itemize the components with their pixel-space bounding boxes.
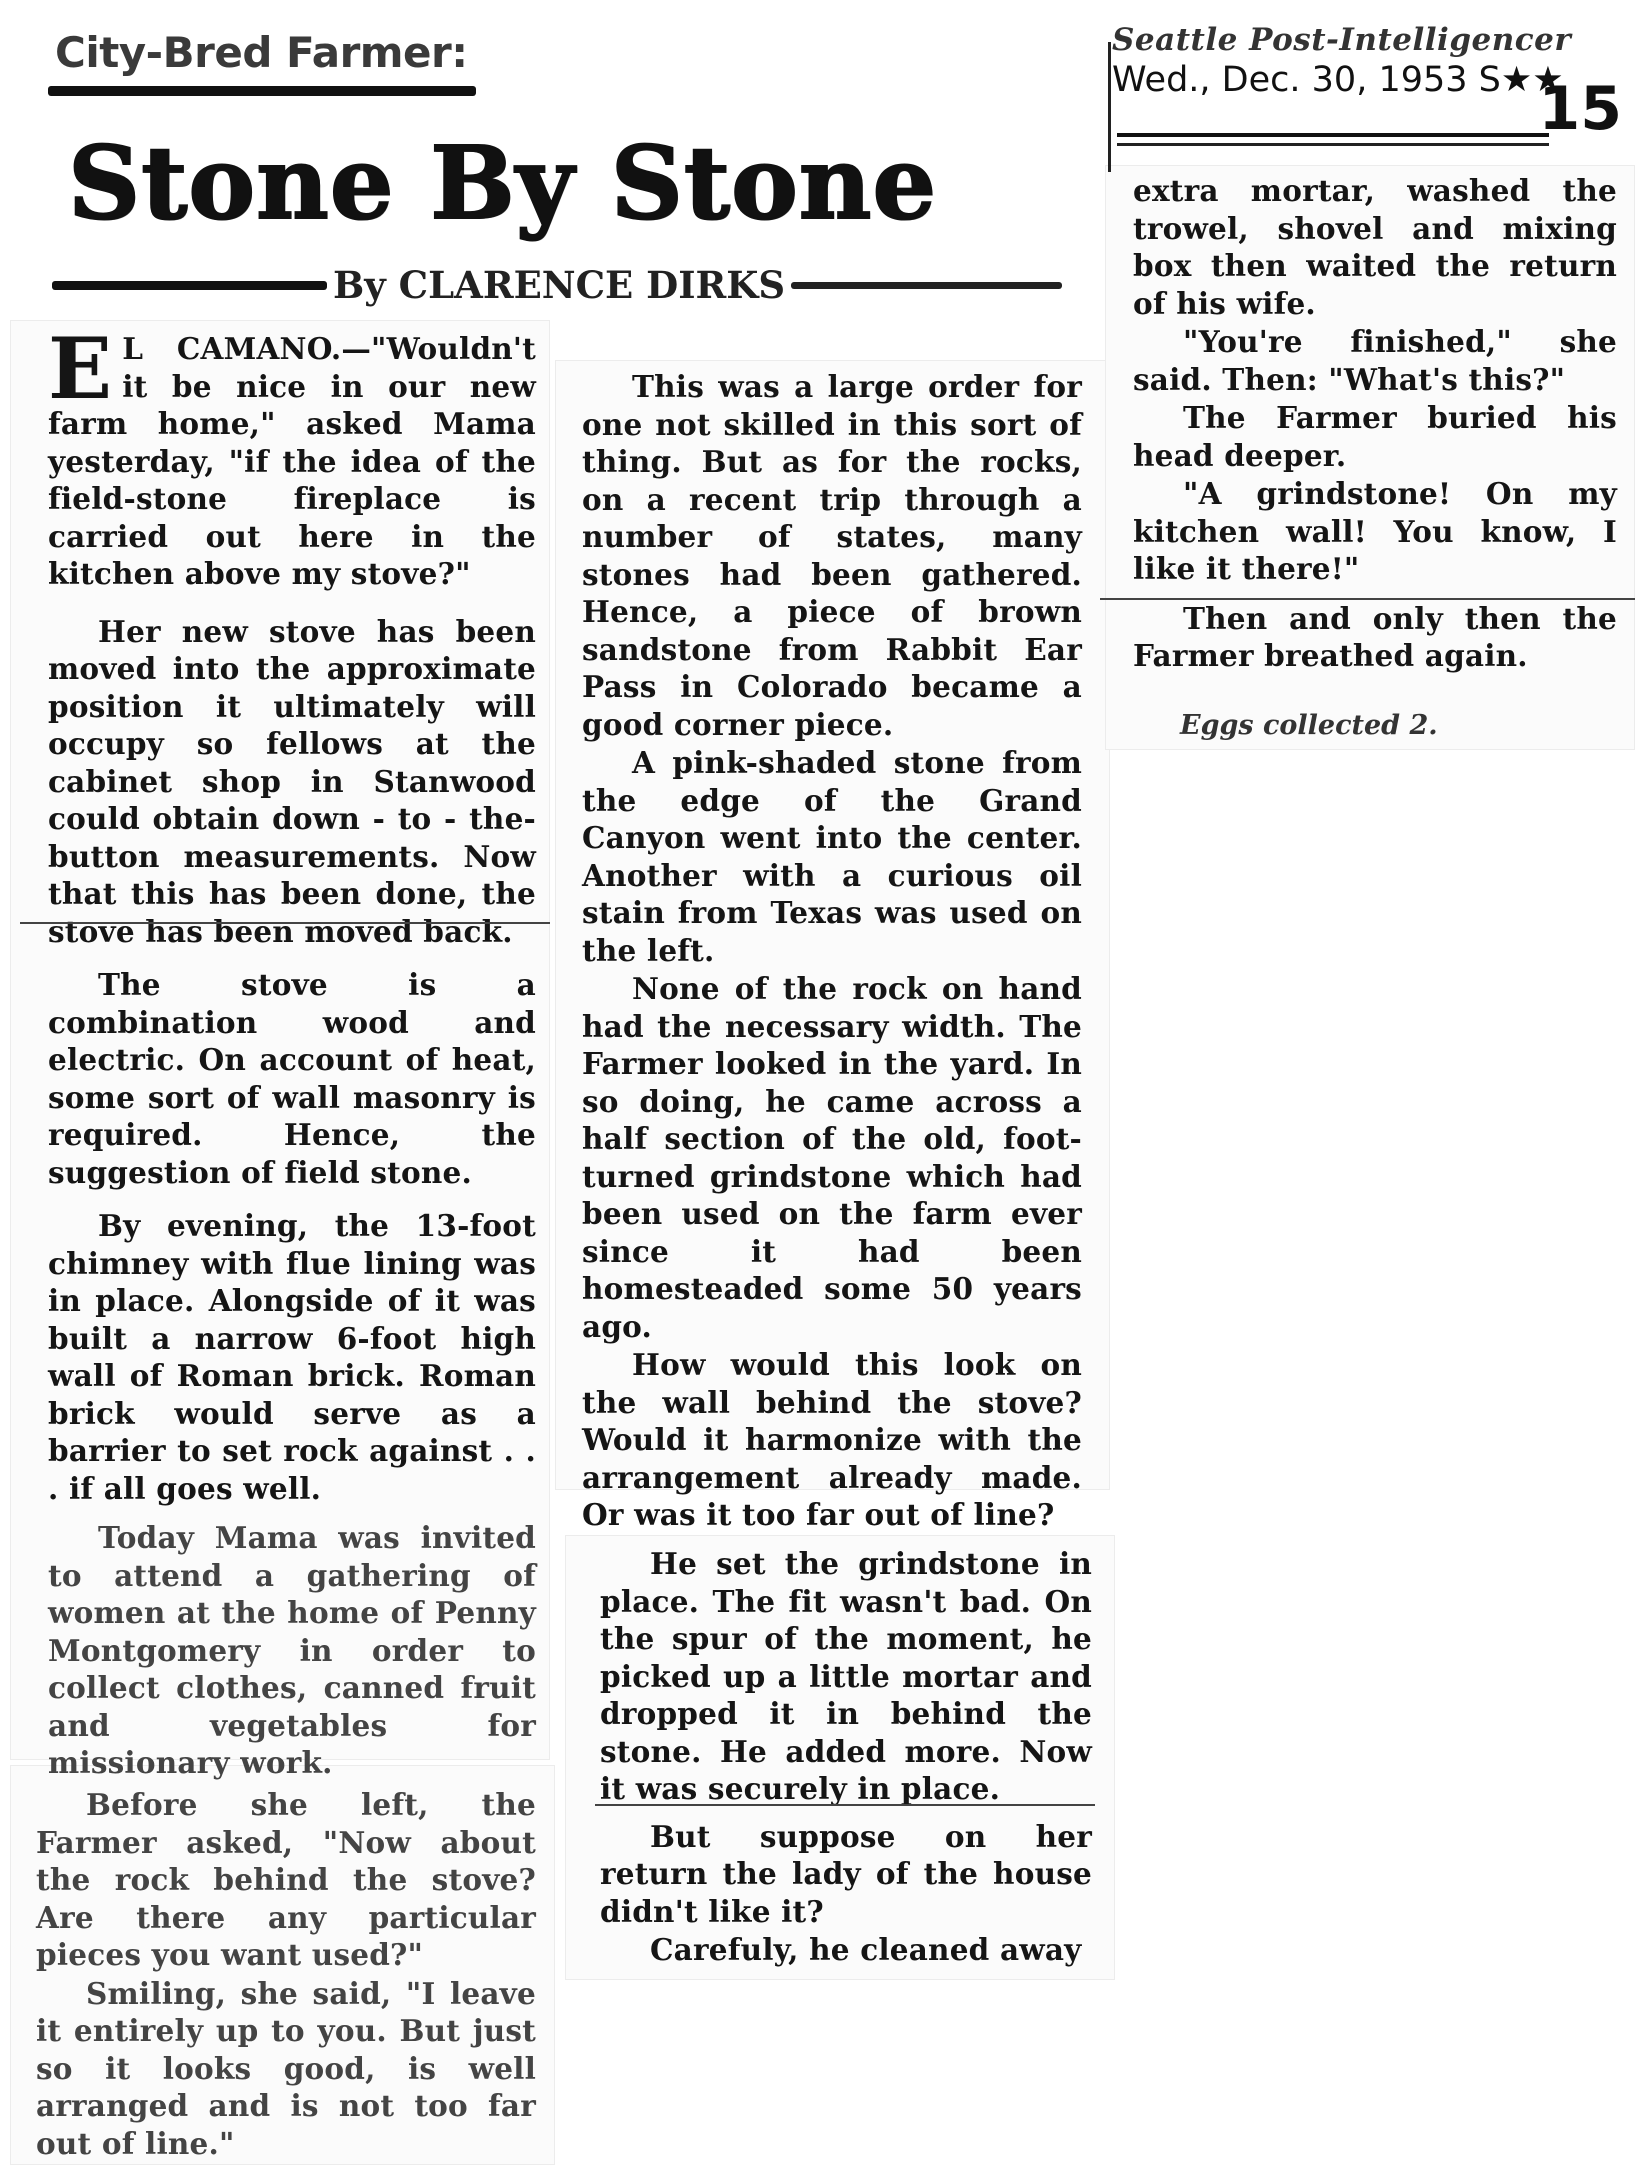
byline-row: By CLARENCE DIRKS — [52, 262, 1062, 308]
byline: By CLARENCE DIRKS — [327, 263, 791, 307]
paragraph: extra mortar, washed the trowel, shovel … — [1133, 172, 1617, 322]
page-number: 15 — [1539, 74, 1623, 144]
paragraph: How would this look on the wall behind t… — [582, 1346, 1082, 1534]
byline-rule-right — [791, 282, 1062, 289]
masthead-rule — [1117, 133, 1549, 137]
article-column-1-continued: Before she left, the Farmer asked, "Now … — [36, 1786, 536, 2163]
paragraph: Smiling, she said, "I leave it entirely … — [36, 1975, 536, 2163]
paragraph: By evening, the 13-foot chimney with flu… — [48, 1207, 536, 1507]
headline: Stone By Stone — [68, 128, 937, 238]
paragraph: This was a large order for one not skill… — [582, 368, 1082, 743]
masthead-vertical-rule — [1108, 42, 1111, 172]
masthead-rule — [1117, 143, 1549, 146]
paragraph: The Farmer buried his head deeper. — [1133, 399, 1617, 474]
paragraph: He set the grindstone in place. The fit … — [600, 1545, 1092, 1808]
paragraph: "A grindstone! On my kitchen wall! You k… — [1133, 475, 1617, 588]
lead-paragraph: EL CAMANO.—"Wouldn't it be nice in our n… — [48, 330, 536, 593]
paragraph: A pink-shaded stone from the edge of the… — [582, 744, 1082, 969]
paragraph: None of the rock on hand had the necessa… — [582, 970, 1082, 1345]
article-column-2-continued: He set the grindstone in place. The fit … — [600, 1545, 1092, 1970]
masthead: Seattle Post-Intelligencer Wed., Dec. 30… — [1112, 22, 1632, 100]
paragraph: The stove is a combination wood and elec… — [48, 966, 536, 1191]
drop-cap: E — [48, 334, 112, 404]
cut-line — [20, 922, 550, 924]
signoff: Eggs collected 2. — [1180, 710, 1438, 741]
paragraph: Today Mama was invited to attend a gathe… — [48, 1519, 536, 1782]
paragraph: Carefuly, he cleaned away — [600, 1931, 1092, 1969]
article-column-1: EL CAMANO.—"Wouldn't it be nice in our n… — [48, 330, 536, 1783]
byline-rule-left — [52, 281, 327, 290]
paragraph: Before she left, the Farmer asked, "Now … — [36, 1786, 536, 1974]
kicker-rule — [48, 86, 476, 96]
column-kicker: City-Bred Farmer: — [55, 28, 468, 77]
newspaper-name: Seattle Post-Intelligencer — [1112, 22, 1632, 58]
paragraph: But suppose on her return the lady of th… — [600, 1818, 1092, 1931]
paragraph: "You're finished," she said. Then: "What… — [1133, 323, 1617, 398]
article-column-2: This was a large order for one not skill… — [582, 368, 1082, 1535]
paragraph: Her new stove has been moved into the ap… — [48, 613, 536, 951]
cut-line — [1100, 598, 1635, 600]
cut-line — [595, 1804, 1095, 1806]
paragraph: Then and only then the Farmer breathed a… — [1133, 600, 1617, 675]
